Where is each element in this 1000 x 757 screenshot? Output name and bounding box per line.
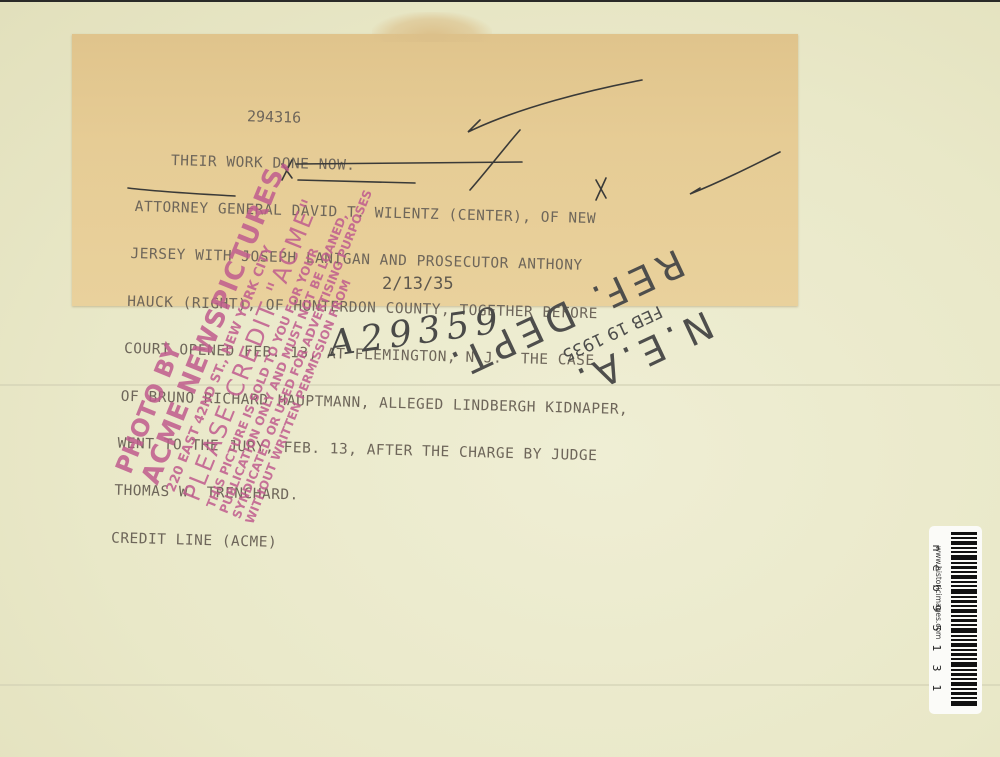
fold-line — [0, 684, 1000, 686]
barcode-char: 1 — [926, 643, 946, 653]
barcode-icon — [951, 532, 977, 708]
photo-back: 294316 THEIR WORK DONE NOW. ATTORNEY GEN… — [0, 2, 1000, 757]
barcode-char: 3 — [926, 663, 946, 673]
barcode-char: 1 — [926, 683, 946, 693]
caption-line: CREDIT LINE (ACME) — [111, 531, 801, 565]
barcode-url: www.historicimages.com — [934, 546, 943, 639]
barcode-label: n e b 9 5 1 3 1 www.historicimages.com — [929, 526, 982, 714]
